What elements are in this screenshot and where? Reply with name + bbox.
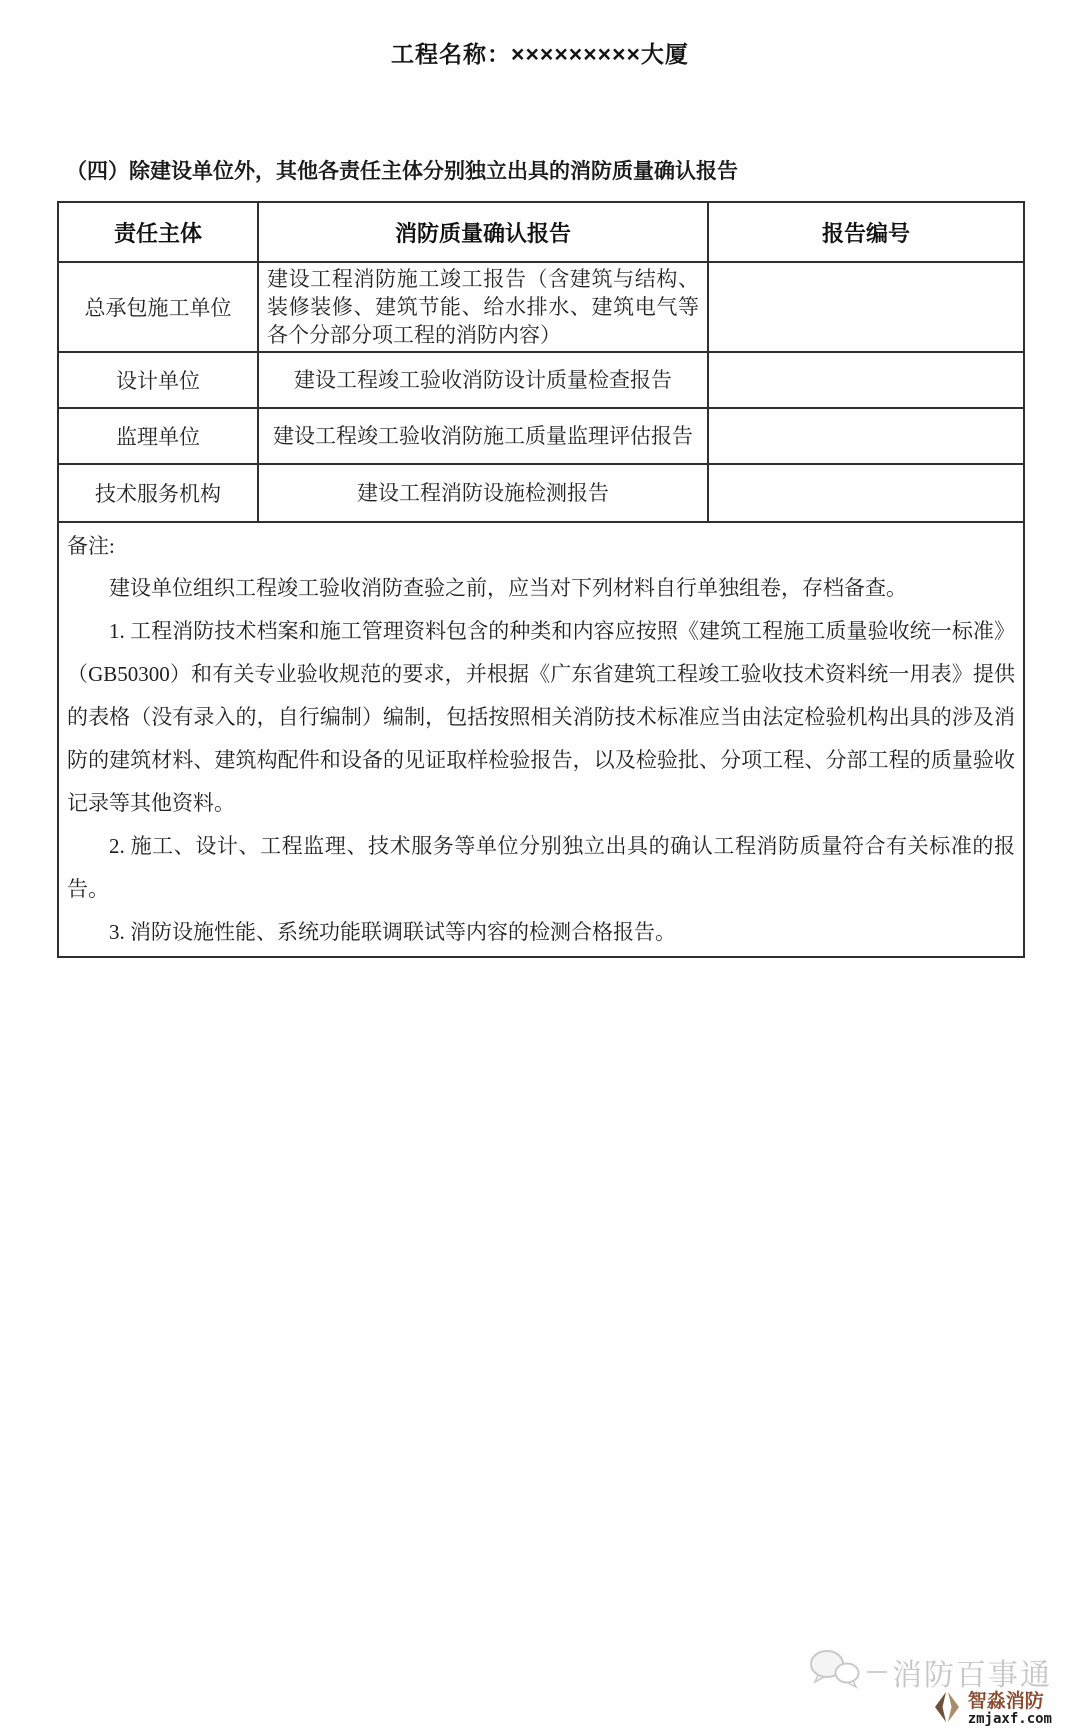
table-row: 监理单位 建设工程竣工验收消防施工质量监理评估报告 bbox=[58, 408, 1024, 464]
cell-subject-design: 设计单位 bbox=[58, 352, 258, 408]
watermark-row: 消防百事通 bbox=[808, 1648, 1052, 1695]
col-header-subject: 责任主体 bbox=[58, 202, 258, 262]
notes-paragraph: 1. 工程消防技术档案和施工管理资料包含的种类和内容应按照《建筑工程施工质量验收… bbox=[67, 610, 1015, 825]
notes-label: 备注: bbox=[67, 525, 1015, 567]
cell-report-contractor: 建设工程消防施工竣工报告（含建筑与结构、装修装修、建筑节能、给水排水、建筑电气等… bbox=[258, 262, 708, 352]
section-heading: （四）除建设单位外，其他各责任主体分别独立出具的消防质量确认报告 bbox=[66, 155, 1040, 185]
brand-logo-row: 智淼消防 zmjaxf.com bbox=[808, 1691, 1052, 1728]
cell-number-design bbox=[708, 352, 1024, 408]
col-header-report: 消防质量确认报告 bbox=[258, 202, 708, 262]
report-table: 责任主体 消防质量确认报告 报告编号 总承包施工单位 建设工程消防施工竣工报告（… bbox=[57, 201, 1025, 958]
brand-text: 智淼消防 zmjaxf.com bbox=[968, 1692, 1052, 1727]
col-header-number: 报告编号 bbox=[708, 202, 1024, 262]
doc-title: 工程名称：×××××××××大厦 bbox=[0, 0, 1080, 69]
cell-report-supervision: 建设工程竣工验收消防施工质量监理评估报告 bbox=[258, 408, 708, 464]
footer-watermark-area: 消防百事通 智淼消防 zmjaxf.com bbox=[808, 1648, 1052, 1728]
cell-subject-supervision: 监理单位 bbox=[58, 408, 258, 464]
notes-row: 备注: 建设单位组织工程竣工验收消防查验之前，应当对下列材料自行单独组卷，存档备… bbox=[58, 522, 1024, 957]
cell-number-contractor bbox=[708, 262, 1024, 352]
cell-number-supervision bbox=[708, 408, 1024, 464]
notes-paragraph: 2. 施工、设计、工程监理、技术服务等单位分别独立出具的确认工程消防质量符合有关… bbox=[67, 825, 1015, 911]
notes-paragraph: 建设单位组织工程竣工验收消防查验之前，应当对下列材料自行单独组卷，存档备查。 bbox=[67, 567, 1015, 610]
chat-bubbles-icon bbox=[808, 1648, 862, 1695]
notes-paragraph: 3. 消防设施性能、系统功能联调联试等内容的检测合格报告。 bbox=[67, 911, 1015, 954]
notes-cell: 备注: 建设单位组织工程竣工验收消防查验之前，应当对下列材料自行单独组卷，存档备… bbox=[58, 522, 1024, 957]
brand-url: zmjaxf.com bbox=[968, 1712, 1052, 1727]
cell-report-design: 建设工程竣工验收消防设计质量检查报告 bbox=[258, 352, 708, 408]
brand-name: 智淼消防 bbox=[968, 1692, 1052, 1712]
table-row: 技术服务机构 建设工程消防设施检测报告 bbox=[58, 464, 1024, 522]
document-page: 工程名称：×××××××××大厦 （四）除建设单位外，其他各责任主体分别独立出具… bbox=[0, 0, 1080, 1734]
diamond-logo-icon bbox=[933, 1691, 961, 1728]
cell-subject-service: 技术服务机构 bbox=[58, 464, 258, 522]
watermark-dash bbox=[867, 1671, 887, 1673]
table-row: 总承包施工单位 建设工程消防施工竣工报告（含建筑与结构、装修装修、建筑节能、给水… bbox=[58, 262, 1024, 352]
table-row: 设计单位 建设工程竣工验收消防设计质量检查报告 bbox=[58, 352, 1024, 408]
cell-number-service bbox=[708, 464, 1024, 522]
cell-subject-contractor: 总承包施工单位 bbox=[58, 262, 258, 352]
watermark-text: 消防百事通 bbox=[892, 1650, 1052, 1694]
table-header-row: 责任主体 消防质量确认报告 报告编号 bbox=[58, 202, 1024, 262]
cell-report-service: 建设工程消防设施检测报告 bbox=[258, 464, 708, 522]
